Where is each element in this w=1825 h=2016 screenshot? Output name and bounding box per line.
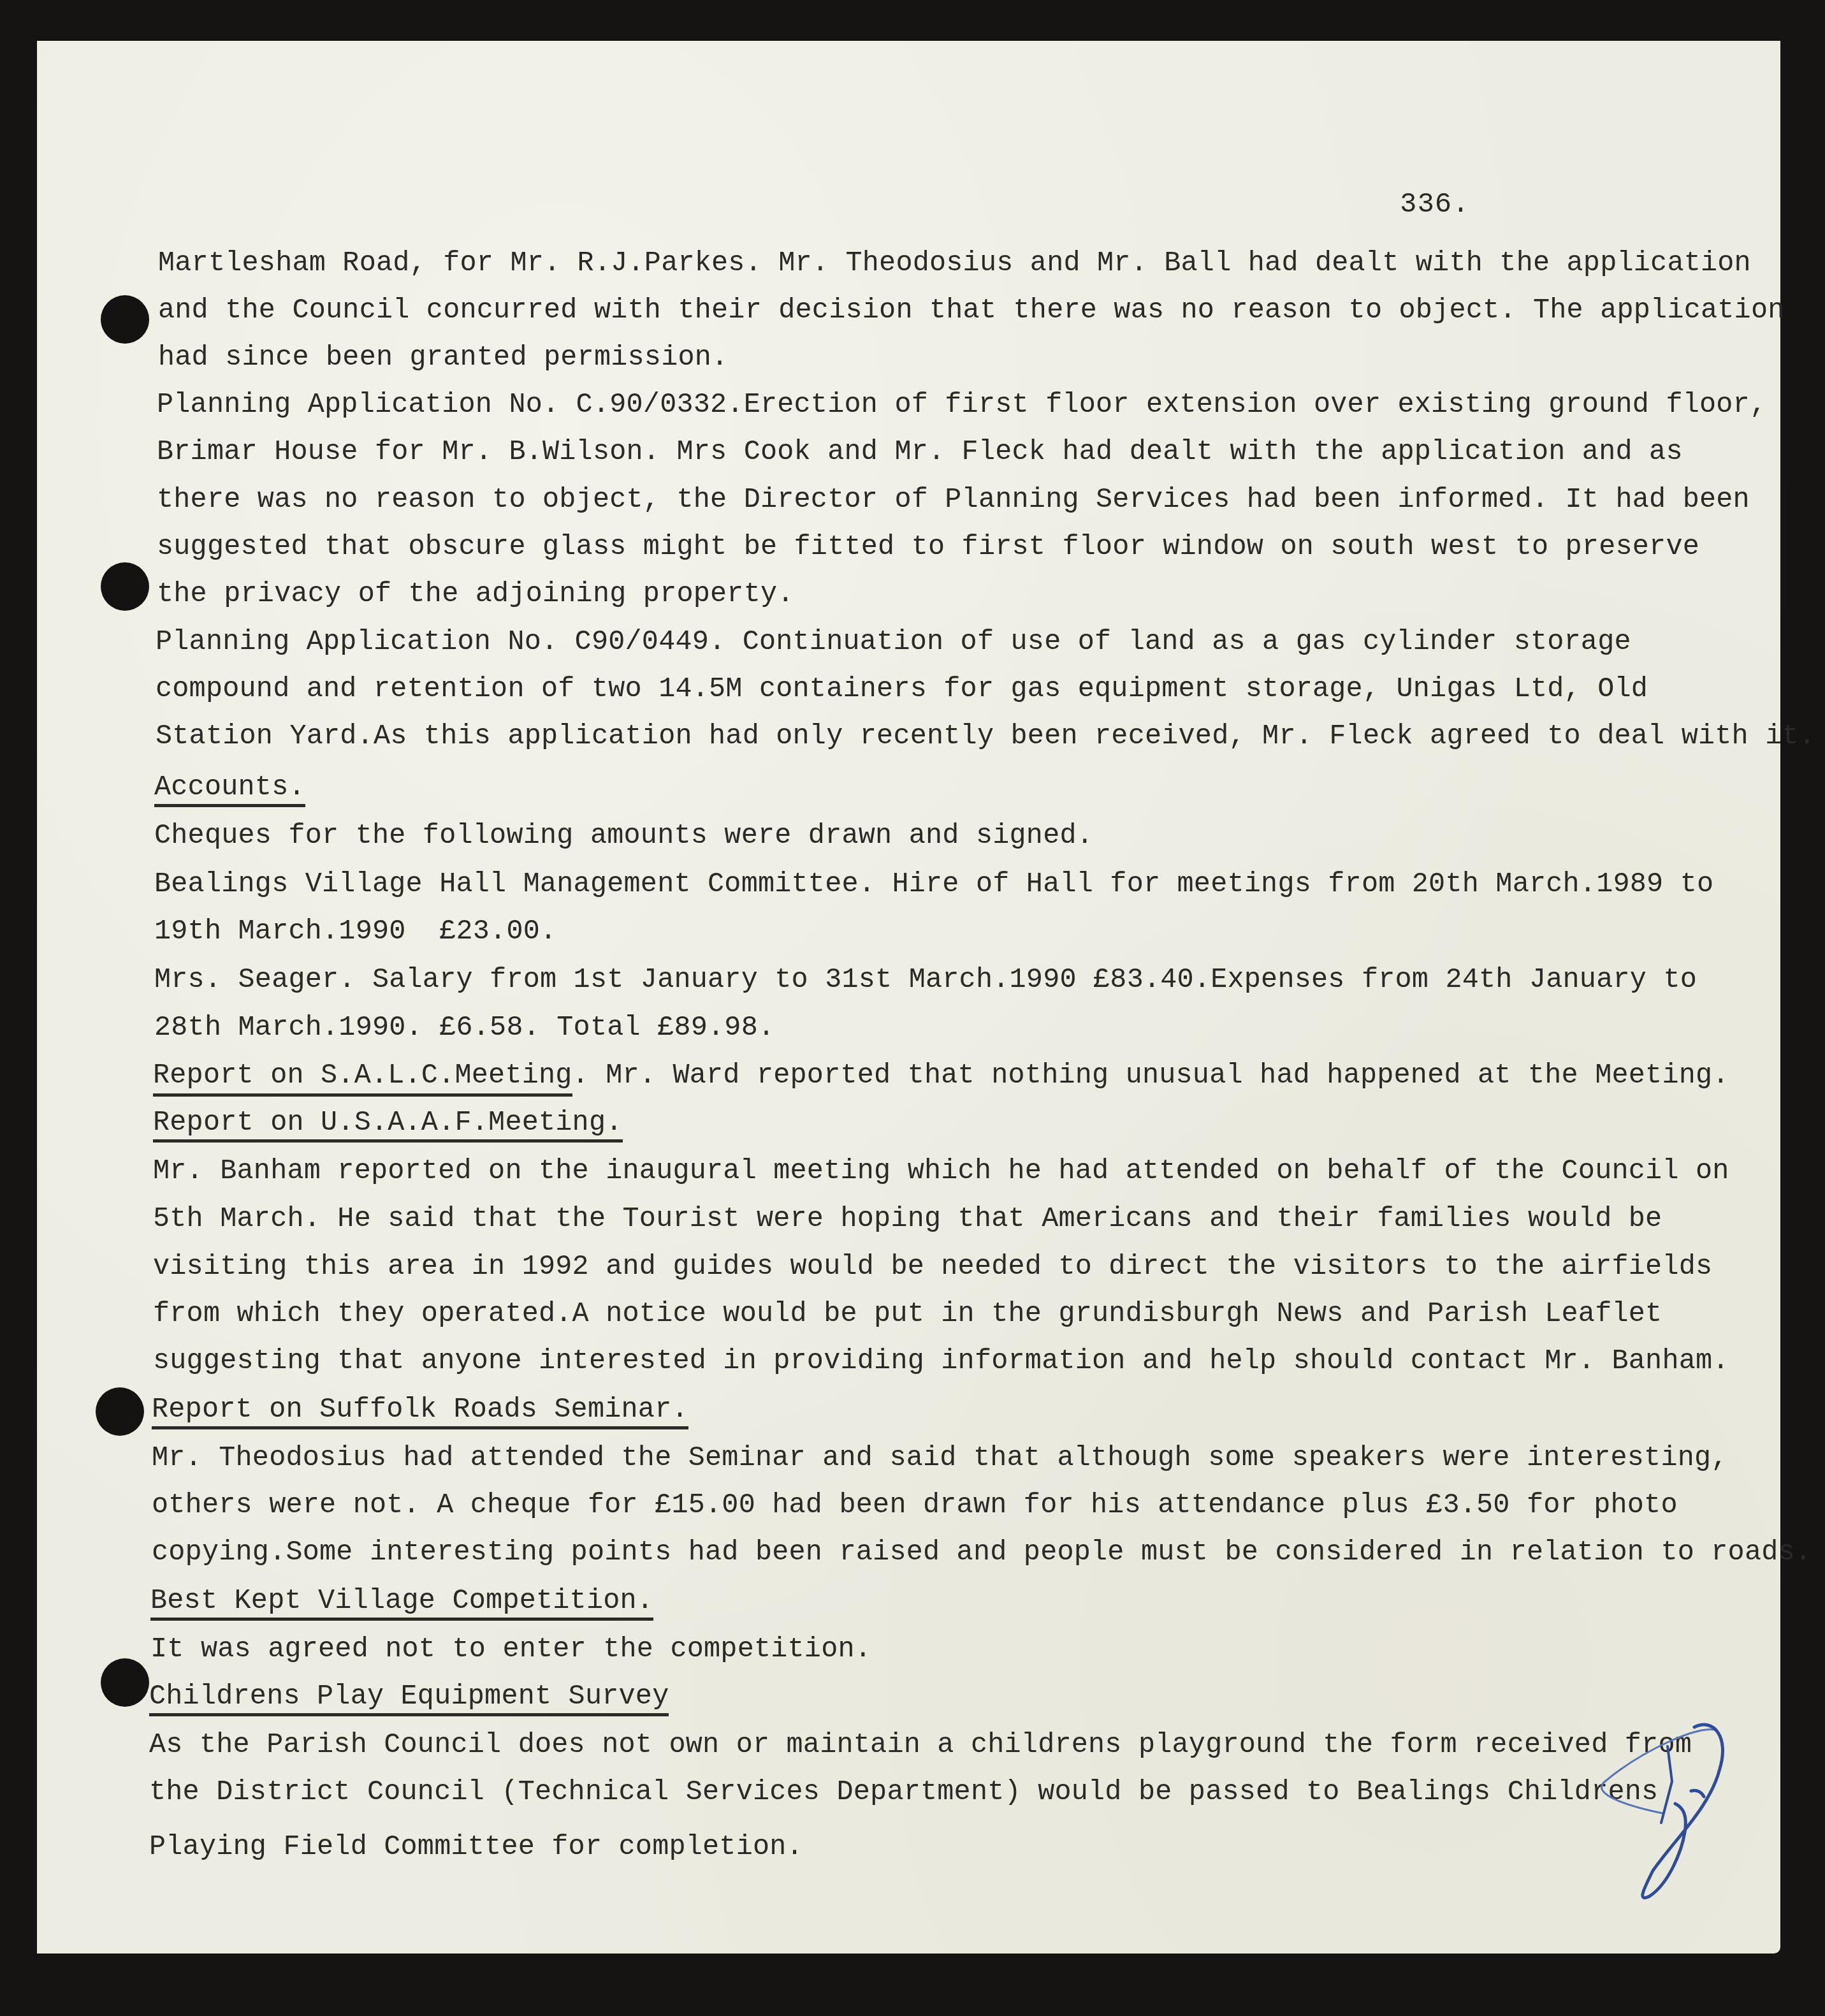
- body-line: 28th March.1990. £6.58. Total £89.98.: [154, 1014, 774, 1042]
- body-line: visiting this area in 1992 and guides wo…: [153, 1253, 1712, 1282]
- salc-report-text: . Mr. Ward reported that nothing unusual…: [572, 1060, 1729, 1092]
- body-line: the District Council (Technical Services…: [149, 1779, 1658, 1807]
- section-heading-roads: Report on Suffolk Roads Seminar.: [152, 1396, 688, 1429]
- body-line: suggesting that anyone interested in pro…: [153, 1348, 1729, 1376]
- signature-initials-icon: [1592, 1711, 1733, 1903]
- body-line: the privacy of the adjoining property.: [157, 581, 794, 609]
- body-line: Brimar House for Mr. B.Wilson. Mrs Cook …: [157, 439, 1683, 467]
- body-line: and the Council concurred with their dec…: [158, 297, 1785, 325]
- body-line: 19th March.1990 £23.00.: [154, 918, 556, 946]
- body-line: It was agreed not to enter the competiti…: [150, 1636, 871, 1664]
- body-line: Station Yard.As this application had onl…: [156, 723, 1815, 751]
- section-heading-usaaf: Report on U.S.A.A.F.Meeting.: [153, 1109, 623, 1143]
- document-page: 336. Martlesham Road, for Mr. R.J.Parkes…: [37, 41, 1780, 1954]
- body-line: Playing Field Committee for completion.: [149, 1834, 803, 1862]
- body-line: As the Parish Council does not own or ma…: [149, 1732, 1692, 1760]
- body-line: suggested that obscure glass might be fi…: [157, 534, 1699, 562]
- body-line: Mr. Theodosius had attended the Seminar …: [152, 1445, 1728, 1473]
- body-line: Cheques for the following amounts were d…: [154, 822, 1093, 851]
- body-line: others were not. A cheque for £15.00 had…: [152, 1492, 1678, 1520]
- punch-hole: [101, 562, 149, 611]
- body-line: copying.Some interesting points had been…: [152, 1539, 1812, 1567]
- body-line: Bealings Village Hall Management Committ…: [154, 871, 1713, 899]
- body-line: Planning Application No. C90/0449. Conti…: [156, 629, 1631, 657]
- section-heading-accounts: Accounts.: [154, 774, 305, 807]
- body-line: Mrs. Seager. Salary from 1st January to …: [154, 967, 1697, 995]
- section-heading-play-equipment: Childrens Play Equipment Survey: [149, 1683, 669, 1716]
- body-line: Report on S.A.L.C.Meeting. Mr. Ward repo…: [153, 1062, 1729, 1090]
- body-line: 5th March. He said that the Tourist were…: [153, 1206, 1662, 1234]
- body-line: compound and retention of two 14.5M cont…: [156, 676, 1648, 704]
- page-number: 336.: [1400, 189, 1470, 221]
- punch-hole: [101, 1658, 149, 1707]
- body-line: Mr. Banham reported on the inaugural mee…: [153, 1158, 1729, 1186]
- body-line: Martlesham Road, for Mr. R.J.Parkes. Mr.…: [158, 250, 1751, 278]
- body-line: from which they operated.A notice would …: [153, 1301, 1662, 1329]
- punch-hole: [96, 1387, 144, 1436]
- section-heading-best-kept: Best Kept Village Competition.: [150, 1588, 653, 1621]
- body-line: there was no reason to object, the Direc…: [157, 486, 1750, 515]
- punch-hole: [101, 295, 149, 344]
- section-heading-salc: Report on S.A.L.C.Meeting: [153, 1060, 572, 1097]
- body-line: Planning Application No. C.90/0332.Erect…: [157, 391, 1766, 420]
- body-line: had since been granted permission.: [158, 344, 728, 372]
